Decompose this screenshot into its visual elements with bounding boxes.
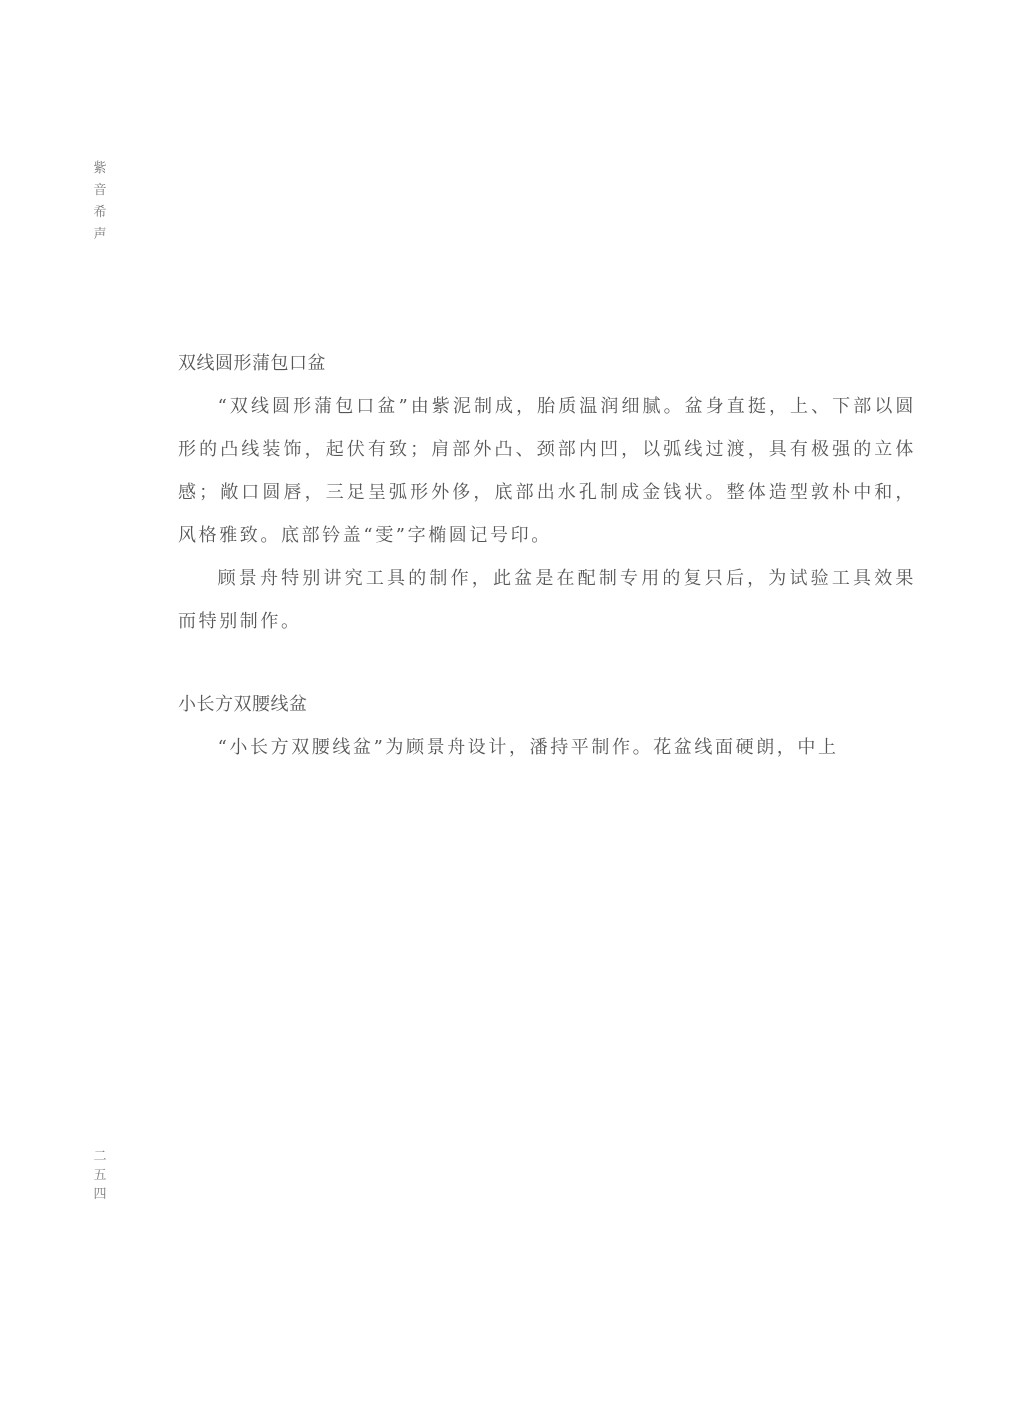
running-head-char: 紫 (90, 158, 110, 180)
page-number-char: 五 (90, 1166, 110, 1185)
running-head-char: 声 (90, 224, 110, 246)
section-double-line-round-pot: 双线圆形蒲包口盆 “双线圆形蒲包口盆”由紫泥制成，胎质温润细腻。盆身直挺，上、下… (178, 343, 916, 643)
section-title: 小长方双腰线盆 (178, 684, 916, 726)
paragraph: “小长方双腰线盆”为顾景舟设计，潘持平制作。花盆线面硬朗，中上 (178, 726, 916, 769)
section-small-rectangular-pot: 小长方双腰线盆 “小长方双腰线盆”为顾景舟设计，潘持平制作。花盆线面硬朗，中上 (178, 684, 916, 769)
paragraph: 顾景舟特别讲究工具的制作，此盆是在配制专用的复只后，为试验工具效果而特别制作。 (178, 557, 916, 643)
page-content: 双线圆形蒲包口盆 “双线圆形蒲包口盆”由紫泥制成，胎质温润细腻。盆身直挺，上、下… (178, 343, 916, 769)
section-title: 双线圆形蒲包口盆 (178, 343, 916, 385)
page-number-char: 二 (90, 1147, 110, 1166)
running-head-char: 希 (90, 202, 110, 224)
page-number: 二 五 四 (90, 1147, 110, 1204)
running-head: 紫 音 希 声 (90, 158, 110, 246)
running-head-char: 音 (90, 180, 110, 202)
paragraph: “双线圆形蒲包口盆”由紫泥制成，胎质温润细腻。盆身直挺，上、下部以圆形的凸线装饰… (178, 385, 916, 557)
page-number-char: 四 (90, 1185, 110, 1204)
